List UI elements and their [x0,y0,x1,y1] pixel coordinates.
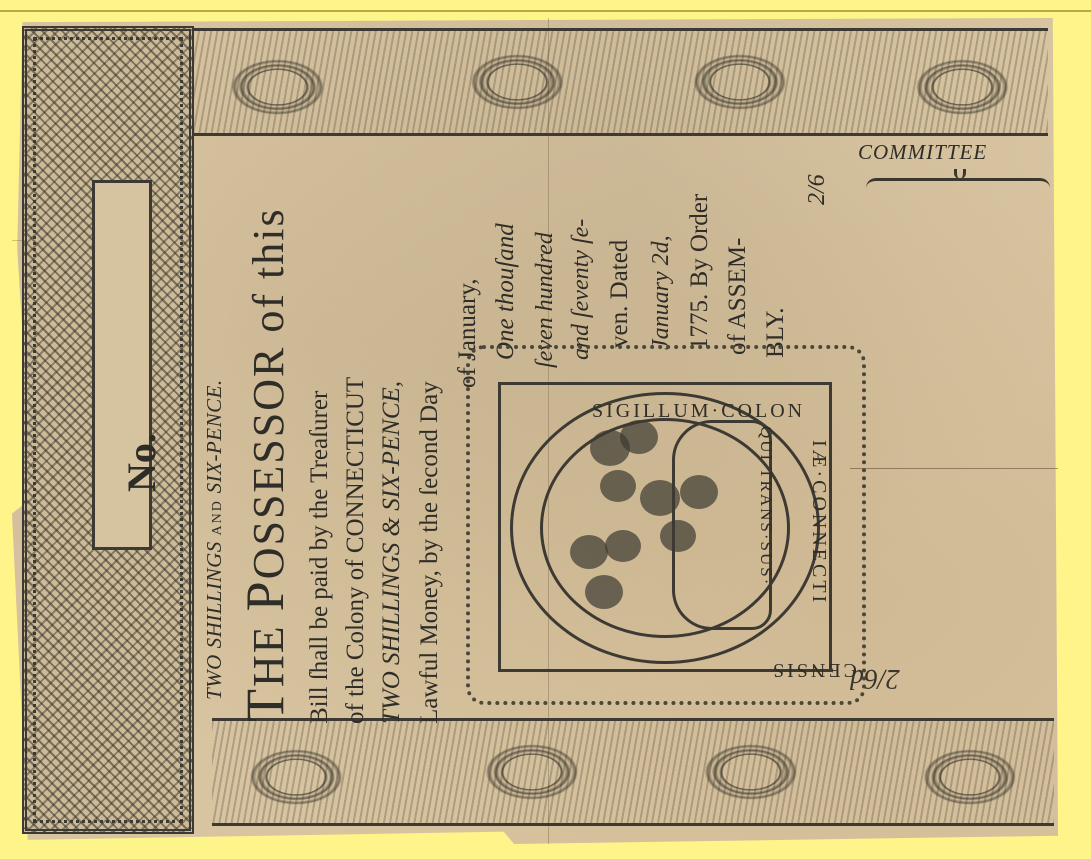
grapevine-icon [570,535,608,569]
title-he: HE [244,611,293,687]
grapevine-icon [620,420,658,454]
bottom-scroll-ornament [212,718,1054,826]
body-line-6: One thouſand [492,223,520,360]
seal-legend-bottom: CENSIS [770,658,857,681]
number-label: No. [118,412,158,492]
body-line-1: Bill ſhall be paid by the Treaſurer [306,391,334,724]
assembly-line-1: of ASSEM- [724,238,752,355]
body-line-8: and ſeventy ſe- [568,219,595,360]
denomination-heading: TWO SHILLINGS AND SIX-PENCE. [202,379,227,700]
body-line-2: of the Colony of CONNECTICUT [342,377,370,724]
grapevine-icon [605,530,641,562]
top-scroll-ornament [192,28,1048,136]
title-initial-t: T [235,687,295,722]
motto-text: QUI TRANS·SUS· [756,426,776,586]
serial-number-box [92,180,152,550]
denomination-text: TWO SHILLINGS [202,541,226,700]
body-line-4: Lawful Money, by the ſecond Day [416,381,444,724]
horizontal-fold-crease [850,468,1058,469]
grapevine-icon [585,575,623,609]
committee-label: COMMITTEE [858,140,987,165]
body-line-3: TWO SHILLINGS & SIX-PENCE, [378,381,406,724]
body-line-9: ven. Dated [606,240,634,348]
title-initial-p: P [235,579,295,611]
date-line: January 2d, [648,235,675,350]
denomination-and: AND [210,499,225,535]
title-possessor: THE POSSESSOR of this [234,207,296,722]
seal-legend-top: SIGILLUM·COLON [592,400,805,423]
scan-edge-line [0,10,1091,12]
value-printed: 2/6 [804,174,831,205]
committee-brace [866,178,1050,201]
grapevine-icon [600,470,636,502]
title-rest: OSSESSOR of this [244,207,293,579]
denomination-end: SIX-PENCE. [202,379,226,493]
seal-legend-right: IÆ·CONNECTI [807,440,830,605]
year-order-line: 1775. By Order [686,194,714,350]
